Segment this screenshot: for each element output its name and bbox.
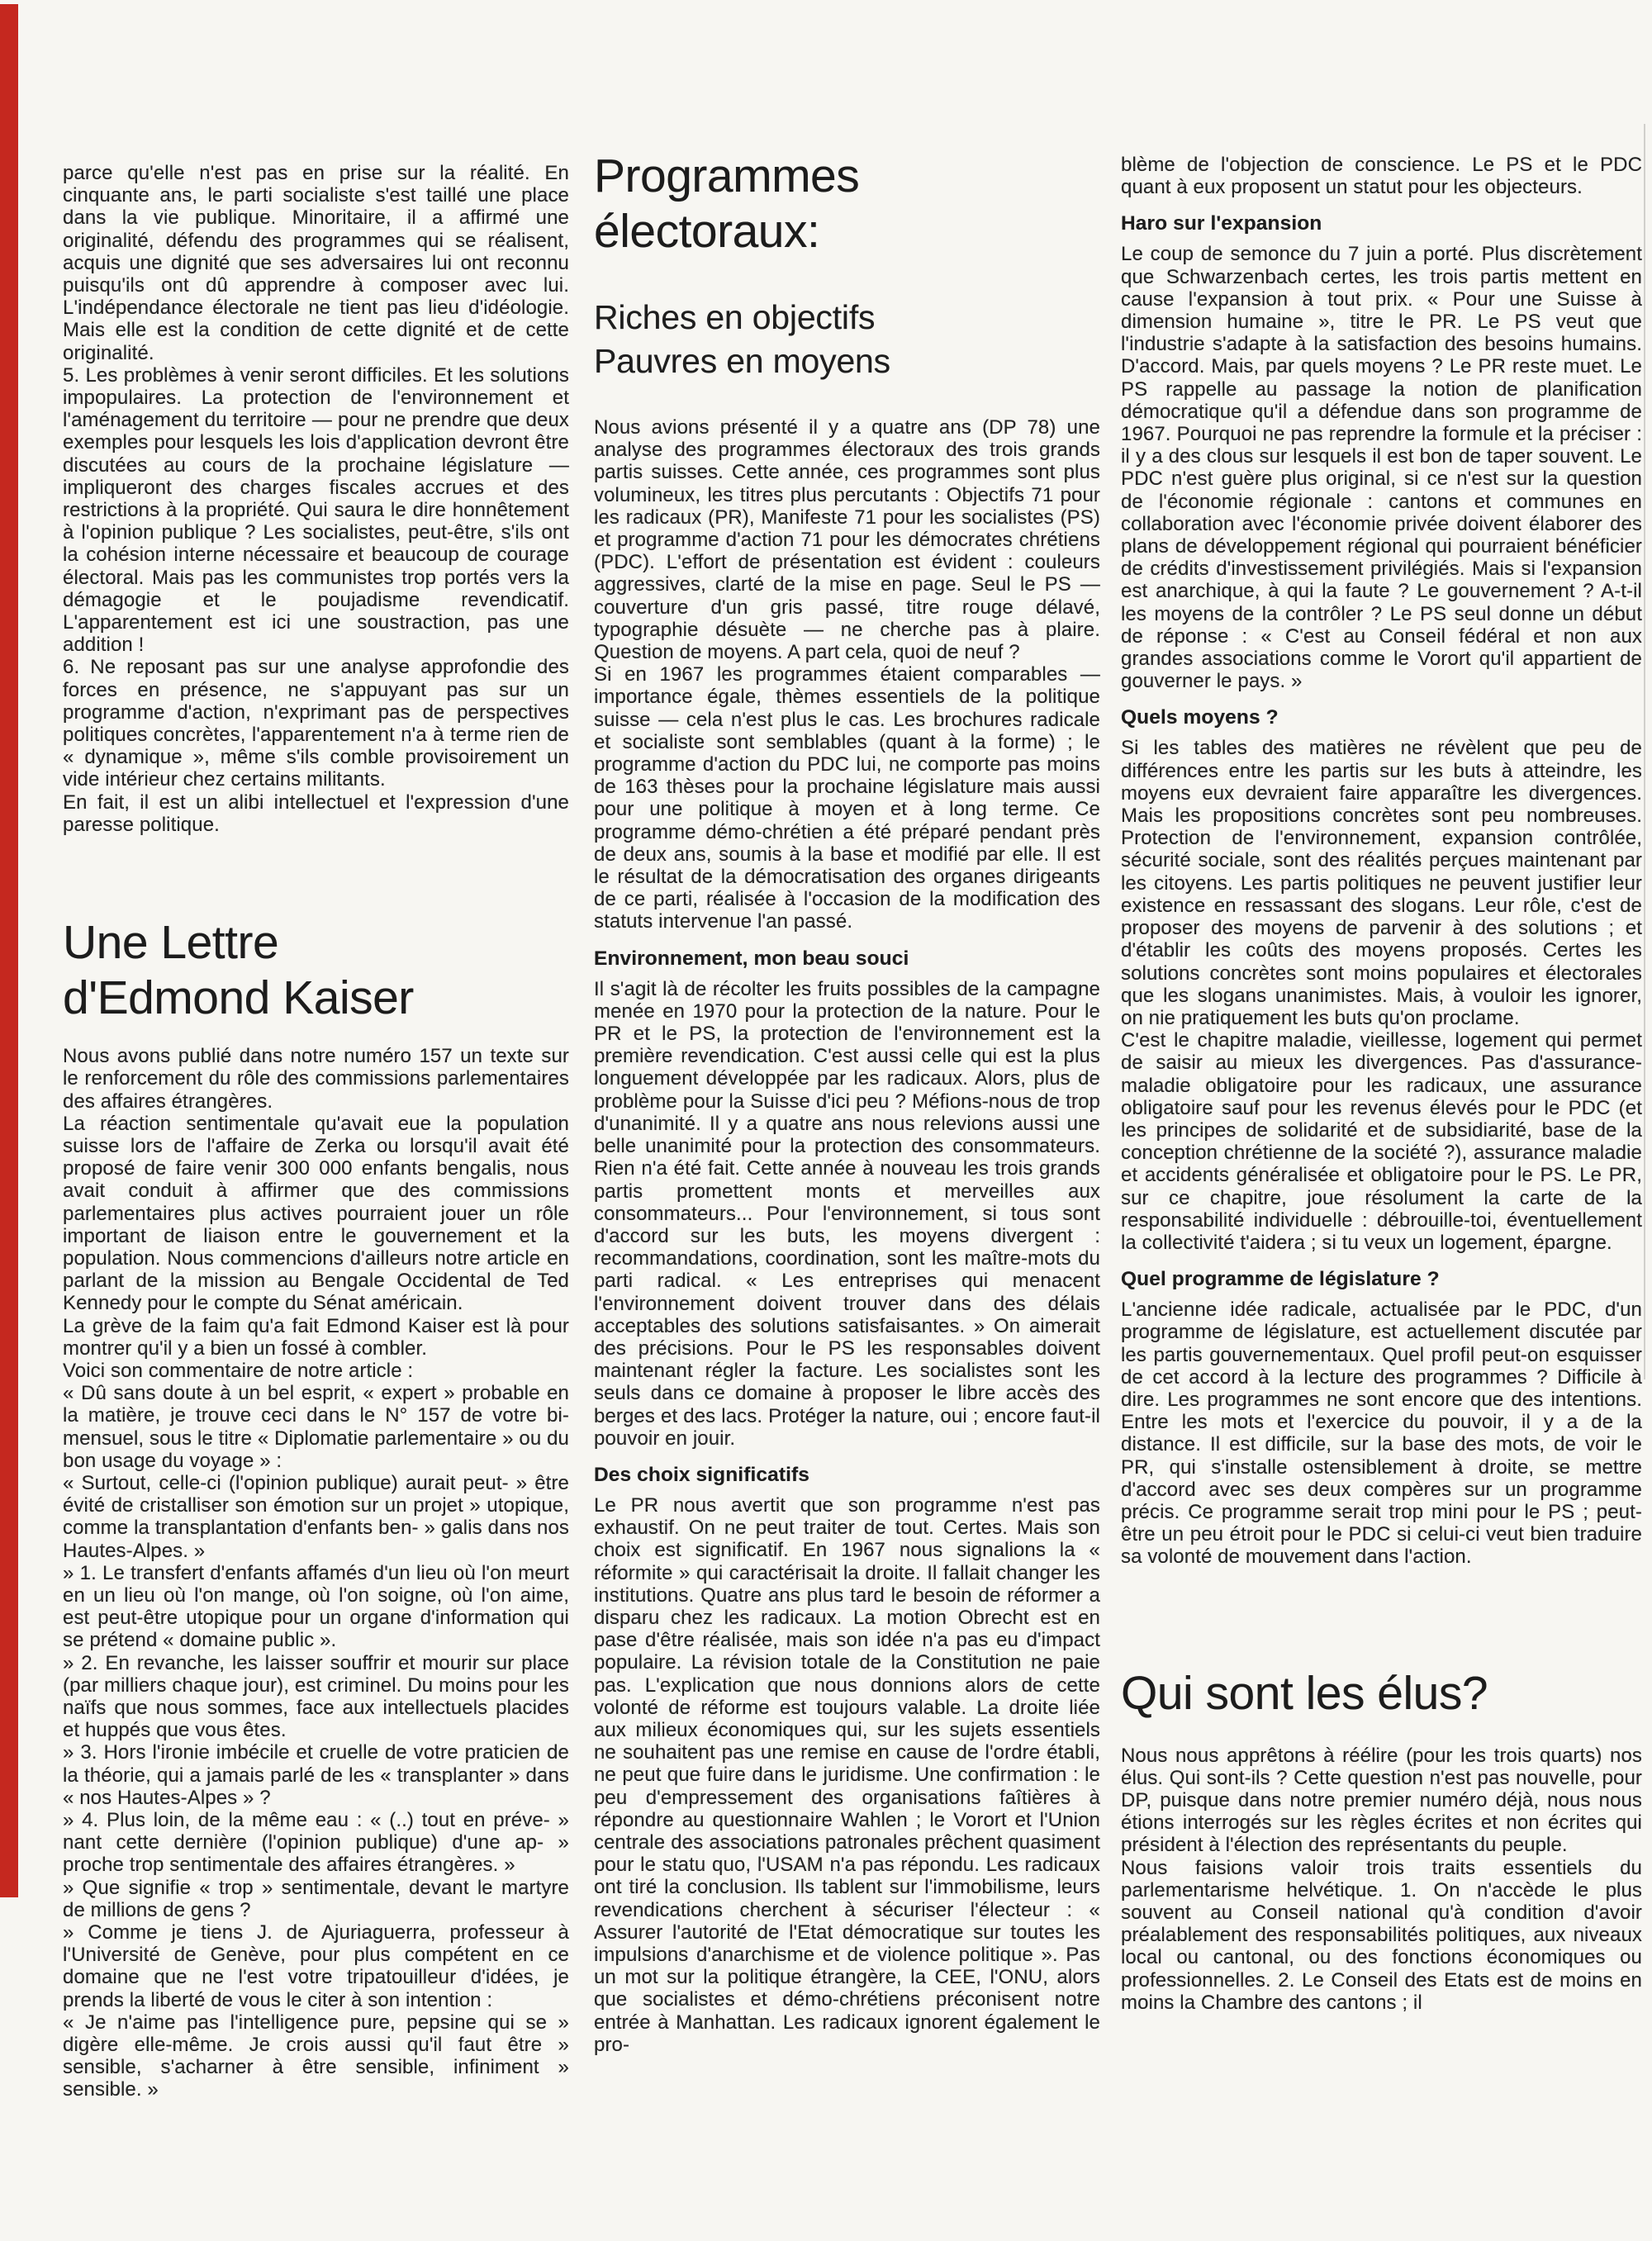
letter-paragraph: » 4. Plus loin, de la même eau : « (..) … — [63, 1809, 569, 1877]
letter-paragraph: La grève de la faim qu'a fait Edmond Kai… — [63, 1315, 569, 1360]
article-paragraph: Le coup de semonce du 7 juin a porté. Pl… — [1121, 243, 1642, 692]
article-paragraph: Si les tables des matières ne révèlent q… — [1121, 737, 1642, 1029]
article-paragraph: Nous faisions valoir trois traits essent… — [1121, 1857, 1642, 2014]
column-right: blème de l'objection de conscience. Le P… — [1121, 154, 1642, 2014]
letter-paragraph: » Comme je tiens J. de Ajuriaguerra, pro… — [63, 1921, 569, 2011]
elus-title: Qui sont les élus? — [1121, 1666, 1642, 1721]
article-paragraph: En fait, il est un alibi intellectuel et… — [63, 791, 569, 836]
programmes-subtitle: Riches en objectifs Pauvres en moyens — [594, 296, 1100, 383]
section-heading-choix: Des choix significatifs — [594, 1464, 1100, 1487]
column-left: parce qu'elle n'est pas en prise sur la … — [63, 162, 569, 2101]
section-heading-moyens: Quels moyens ? — [1121, 706, 1642, 729]
article-paragraph: parce qu'elle n'est pas en prise sur la … — [63, 162, 569, 364]
letter-paragraph: » 3. Hors l'ironie imbécile et cruelle d… — [63, 1741, 569, 1809]
letter-paragraph: « Surtout, celle-ci (l'opinion publique)… — [63, 1472, 569, 1562]
letter-paragraph: Voici son commentaire de notre article : — [63, 1360, 569, 1382]
article-paragraph: Nous nous apprêtons à réélire (pour les … — [1121, 1745, 1642, 1857]
article-paragraph: blème de l'objection de conscience. Le P… — [1121, 154, 1642, 198]
programmes-title-line1: Programmes — [594, 150, 859, 202]
article-paragraph: Le PR nous avertit que son programme n'e… — [594, 1494, 1100, 2056]
programmes-subtitle-line1: Riches en objectifs — [594, 298, 875, 336]
article-paragraph: L'ancienne idée radicale, actualisée par… — [1121, 1299, 1642, 1568]
letter-paragraph: » 2. En revanche, les laisser souffrir e… — [63, 1652, 569, 1742]
article-paragraph: Si en 1967 les programmes étaient compar… — [594, 663, 1100, 933]
programmes-intro: Nous avions présenté il y a quatre ans (… — [594, 416, 1100, 933]
programmes-subtitle-line2: Pauvres en moyens — [594, 342, 890, 380]
letter-paragraph: Nous avons publié dans notre numéro 157 … — [63, 1045, 569, 1113]
section-heading-legislature: Quel programme de législature ? — [1121, 1268, 1642, 1291]
section-heading-haro: Haro sur l'expansion — [1121, 212, 1642, 235]
programmes-title: Programmes électoraux: — [594, 149, 1100, 259]
column-middle: Programmes électoraux: Riches en objecti… — [594, 149, 1100, 2056]
scan-edge-line — [1644, 124, 1645, 1379]
letter-paragraph: « Dû sans doute à un bel esprit, « exper… — [63, 1382, 569, 1472]
letter-paragraph: » Que signifie « trop » sentimentale, de… — [63, 1877, 569, 1921]
article-paragraph: 6. Ne reposant pas sur une analyse appro… — [63, 656, 569, 791]
section-heading-environnement: Environnement, mon beau souci — [594, 947, 1100, 971]
article-paragraph: Nous avions présenté il y a quatre ans (… — [594, 416, 1100, 663]
magazine-page: parce qu'elle n'est pas en prise sur la … — [0, 0, 1652, 2241]
letter-paragraph: La réaction sentimentale qu'avait eue la… — [63, 1113, 569, 1315]
letter-kaiser-title-line2: d'Edmond Kaiser — [63, 971, 414, 1024]
letter-kaiser-title: Une Lettre d'Edmond Kaiser — [63, 915, 569, 1026]
letter-paragraph: « Je n'aime pas l'intelligence pure, pep… — [63, 2011, 569, 2101]
letter-kaiser-title-line1: Une Lettre — [63, 916, 278, 969]
programmes-title-line2: électoraux: — [594, 205, 819, 258]
red-margin-bar — [0, 4, 18, 1897]
article-paragraph: 5. Les problèmes à venir seront difficil… — [63, 364, 569, 657]
article-paragraph: Il s'agit là de récolter les fruits poss… — [594, 978, 1100, 1450]
letter-paragraph: » 1. Le transfert d'enfants affamés d'un… — [63, 1562, 569, 1652]
article-paragraph: C'est le chapitre maladie, vieillesse, l… — [1121, 1029, 1642, 1254]
